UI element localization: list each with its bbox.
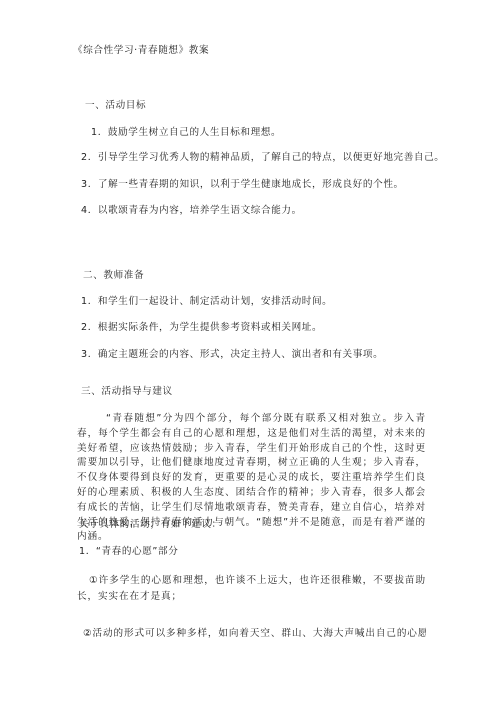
section-heading-teacher-prep: 二、教师准备 [83, 270, 144, 282]
prep-item-3: 3．确定主题班会的内容、形式，决定主持人、演出者和有关事项。 [81, 349, 383, 361]
section-heading-guidance: 三、活动指导与建议 [81, 386, 173, 398]
document-title: 《综合性学习·青春随想》教案 [73, 45, 209, 57]
goal-item-3: 3．了解一些青春期的知识，以利于学生健康地成长，形成良好的个性。 [81, 179, 404, 191]
section-heading-goals: 一、活动目标 [85, 100, 146, 112]
point-2: ②活动的形式可以多种多样，如向着天空、群山、大海大声喊出自己的心愿，可以有助于 [77, 626, 426, 642]
prep-item-2: 2．根据实际条件，为学生提供参考资料或相关网址。 [81, 322, 322, 334]
goal-item-2: 2．引导学生学习优秀人物的精神品质，了解自己的特点，以便更好地完善自己。 [81, 152, 444, 164]
goal-item-4: 4．以歌颂青春为内容，培养学生语文综合能力。 [81, 205, 302, 217]
prep-item-1: 1．和学生们一起设计、制定活动计划，安排活动时间。 [81, 296, 332, 308]
suggestions-intro: 关于具体的活动，有如下建议： [79, 519, 222, 531]
subheading-youth-wish: 1．“青春的心愿”部分 [79, 546, 178, 558]
point-1: ①许多学生的心愿和理想，也许谈不上远大，也许还很稚嫩，不要拔苗助长，实实在在才是… [77, 573, 426, 605]
goal-item-1: 1．鼓励学生树立自己的人生目标和理想。 [91, 127, 281, 139]
